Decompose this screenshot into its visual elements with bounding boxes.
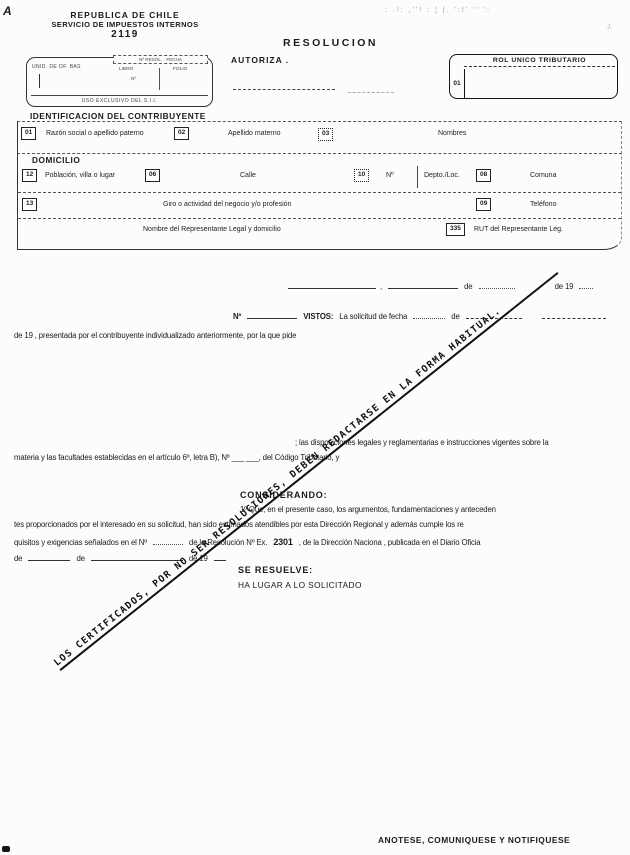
date-line: , de de 19	[288, 280, 597, 291]
rut-field-code: 01	[450, 69, 465, 98]
field-code-13: 13	[22, 198, 37, 211]
blank-mes2	[91, 552, 183, 561]
legal-line2: materia y las facultades establecidas en…	[14, 453, 339, 462]
blank-city	[288, 280, 376, 289]
resolution-ex-number: 2301	[273, 537, 292, 547]
stamp-folio-label: FOLIO	[173, 67, 187, 72]
scanned-form-2119: A : .!: ,''! : ¦ |. ':!' '' ': ·/. REPUB…	[0, 0, 630, 855]
rut-box: ROL UNICO TRIBUTARIO 01	[449, 54, 618, 99]
ha-lugar-text: HA LUGAR A LO SOLICITADO	[238, 580, 362, 590]
numero-label: Nº	[386, 172, 394, 179]
se-resuelve-title: SE RESUELVE:	[238, 565, 313, 575]
stamp-unit-label: UNID. DE OF. BAS	[32, 64, 110, 70]
depto-label: Depto./Loc.	[424, 172, 460, 179]
faded-corner-mark: ·/.	[606, 24, 612, 32]
row1-divider	[417, 166, 418, 188]
field-code-10: 10	[354, 169, 369, 182]
domicilio-box: DOMICILIO 12 Población, villa o lugar 06…	[17, 152, 622, 250]
identification-section-title: IDENTIFICACION DEL CONTRIBUYENTE	[30, 111, 206, 121]
calle-label: Calle	[240, 172, 256, 179]
field-code-03: 03	[318, 128, 333, 141]
field-code-02: 02	[174, 127, 189, 140]
spacer	[528, 311, 536, 319]
nombres-label: Nombres	[438, 130, 466, 137]
date-de-label: de	[464, 282, 472, 291]
footer-notification-text: ANOTESE, COMUNIQUESE Y NOTIFIQUESE	[378, 835, 570, 845]
stamp-tick	[39, 74, 40, 88]
faded-header-note: : .!: ,''! : ¦ |. ':!' '' ':	[385, 7, 491, 15]
stamp-n-label: Nº	[131, 77, 136, 82]
giro-label: Giro o actividad del negocio y/o profesi…	[163, 201, 291, 208]
blank-dia	[28, 552, 70, 561]
stamp-bottom-line	[31, 95, 208, 96]
stamp-header-label: Nº RESOL. · FECHA	[113, 55, 208, 64]
field-code-01: 01	[21, 127, 36, 140]
country-title: REPUBLICA DE CHILE	[35, 10, 215, 20]
blank-month	[479, 280, 515, 289]
autoriza-faint-line	[348, 84, 394, 93]
vistos-line: Nº VISTOS: La solicitud de fecha de	[233, 310, 610, 321]
date-de19-label: de 19	[555, 282, 574, 291]
apellido-materno-label: Apellido materno	[228, 130, 281, 137]
considerando-line3: quisitos y exigencias señalados en el Nº…	[14, 536, 485, 548]
corner-letter: A	[3, 4, 12, 18]
field-code-09: 09	[476, 198, 491, 211]
considerando-line3a: quisitos y exigencias señalados en el Nº	[14, 538, 147, 547]
form-number: 2119	[35, 29, 215, 40]
considerando-line1: 1º Que, en el presente caso, los argumen…	[240, 505, 496, 514]
rut-box-title: ROL UNICO TRIBUTARIO	[464, 57, 615, 67]
c4-de1: de	[14, 554, 22, 563]
representante-label: Nombre del Representante Legal y domicil…	[143, 226, 281, 233]
sii-stamp-box: UNID. DE OF. BAS Nº RESOL. · FECHA LIBRO…	[26, 57, 213, 107]
blank-resolution-number	[247, 310, 297, 319]
form-header: REPUBLICA DE CHILE SERVICIO DE IMPUESTOS…	[35, 10, 215, 40]
rut-representante-label: RUT del Representante Leg.	[474, 226, 563, 233]
blank-day	[388, 280, 458, 289]
blank-numeral	[153, 536, 183, 545]
vistos-label: VISTOS:	[303, 312, 333, 321]
identification-box: 01 Razón social o apellido paterno 02 Ap…	[17, 121, 622, 154]
field-code-335: 335	[446, 223, 465, 236]
field-code-06: 06	[145, 169, 160, 182]
numero-prefix: Nº	[233, 312, 241, 321]
scan-artifact	[2, 846, 10, 852]
domicilio-row-divider	[18, 192, 621, 193]
blank-tail	[542, 310, 606, 319]
c4-de2: de	[76, 554, 84, 563]
vistos-text: La solicitud de fecha	[339, 312, 407, 321]
resolution-title: RESOLUCION	[283, 37, 378, 49]
field-code-08: 08	[476, 169, 491, 182]
comuna-label: Comuna	[530, 172, 556, 179]
stamp-exclusive-label: USO EXCLUSIVO DEL S.I.I.	[27, 98, 212, 104]
blank-year	[579, 280, 593, 289]
service-title: SERVICIO DE IMPUESTOS INTERNOS	[35, 20, 215, 29]
poblacion-label: Población, villa o lugar	[45, 172, 115, 179]
autoriza-blank-line	[233, 81, 335, 90]
stamp-libro-label: LIBRO	[119, 67, 133, 72]
blank-anio	[214, 552, 226, 561]
domicilio-row-divider2	[18, 218, 621, 219]
stamp-divider	[159, 68, 160, 90]
blank-fecha	[413, 310, 445, 319]
comma: ,	[380, 282, 382, 291]
autoriza-label: AUTORIZA .	[231, 55, 289, 65]
razon-social-label: Razón social o apellido paterno	[46, 130, 144, 137]
domicilio-section-title: DOMICILIO	[32, 155, 80, 165]
presentada-line: de 19 , presentada por el contribuyente …	[14, 331, 296, 340]
field-code-12: 12	[22, 169, 37, 182]
telefono-label: Teléfono	[530, 201, 556, 208]
considerando-line3c: , de la Dirección Naciona , publicada en…	[299, 538, 481, 547]
vistos-de-label: de	[451, 312, 459, 321]
